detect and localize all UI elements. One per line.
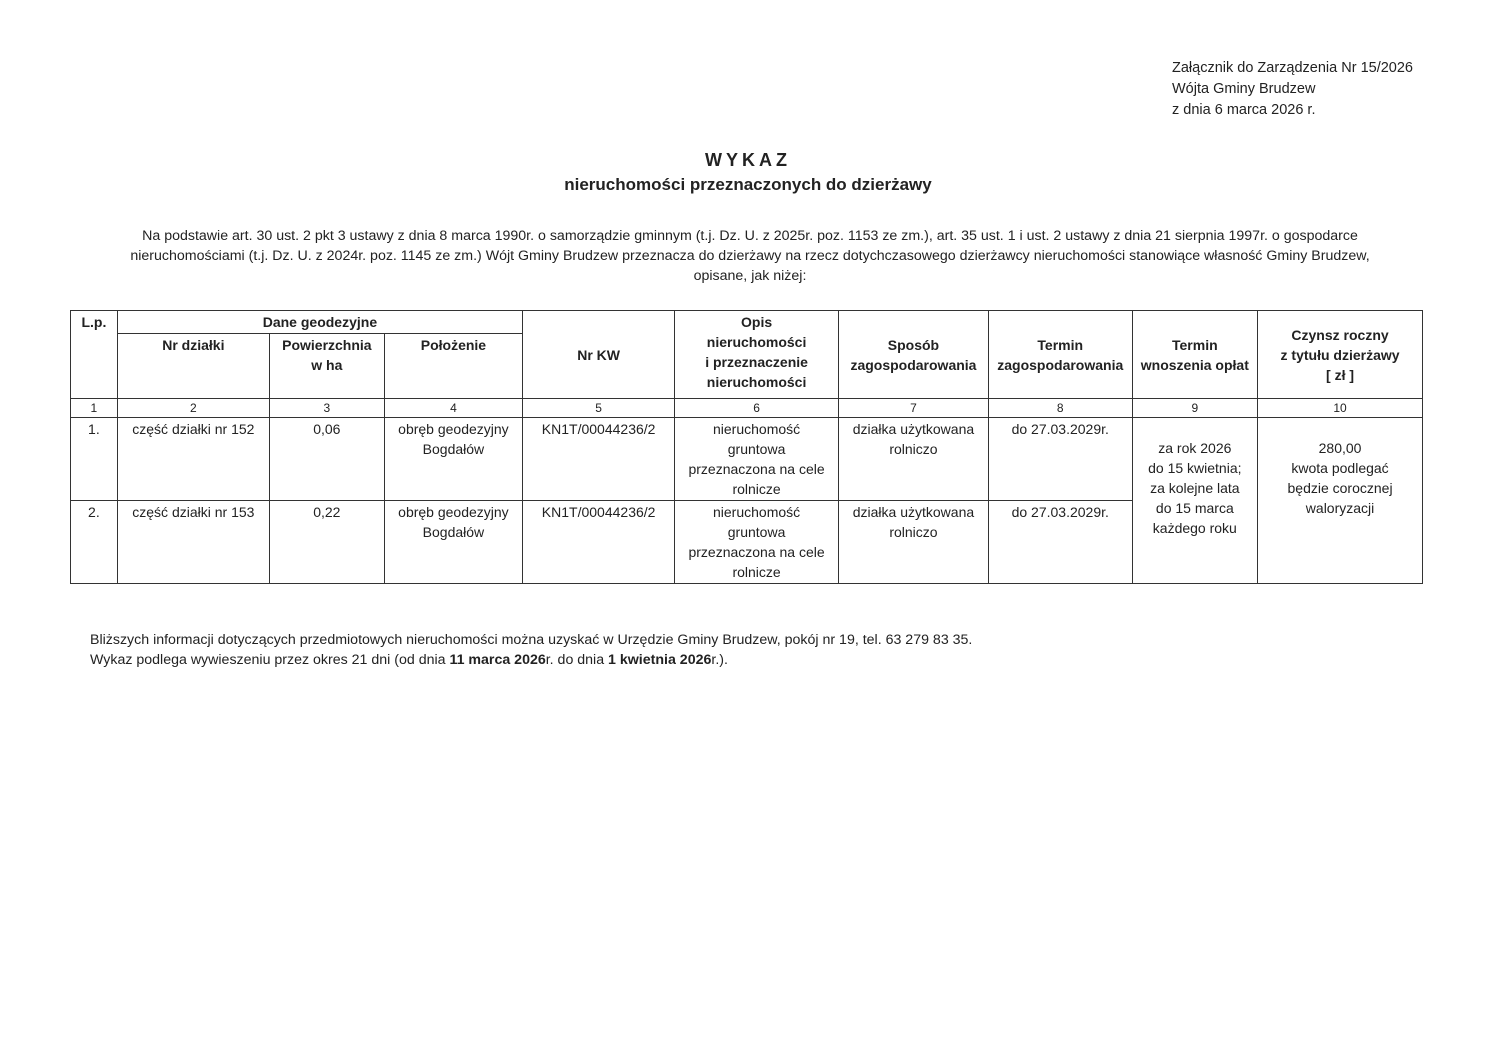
cell-line: Bogdałów [389,522,518,542]
cell-line: waloryzacji [1262,498,1418,518]
column-number: 1 [71,399,118,418]
column-number: 10 [1258,399,1423,418]
header-czynsz: Czynsz roczny z tytułu dzierżawy [ zł ] [1258,311,1423,399]
header-nr-dzialki: Nr działki [117,334,269,399]
intro-line: Na podstawie art. 30 ust. 2 pkt 3 ustawy… [100,226,1400,246]
cell-line: działka użytkowana [843,502,984,522]
cell-nr-dzialki: część działki nr 152 [117,418,269,501]
column-number: 3 [269,399,384,418]
cell-line: rolniczo [843,439,984,459]
header-line: nieruchomości [679,372,834,392]
cell-czynsz: 280,00 kwota podlegać będzie corocznej w… [1258,418,1423,584]
legal-basis-paragraph: Na podstawie art. 30 ust. 2 pkt 3 ustawy… [100,226,1400,286]
cell-line: obręb geodezyjny [389,419,518,439]
column-number: 7 [838,399,988,418]
header-group-geodetic: Dane geodezyjne [117,311,522,334]
header-line: Termin [993,335,1128,355]
cell-nr-kw: KN1T/00044236/2 [523,418,675,501]
annex-header: Załącznik do Zarządzenia Nr 15/2026 Wójt… [1172,58,1413,121]
document-subtitle: nieruchomości przeznaczonych do dzierżaw… [0,175,1496,195]
header-termin-oplat: Termin wnoszenia opłat [1132,311,1258,399]
header-polozenie: Położenie [384,334,522,399]
cell-lp: 1. [71,418,118,501]
document-title: WYKAZ [0,150,1496,171]
note-text: Wykaz podlega wywieszeniu przez okres 21… [90,652,449,668]
column-number: 4 [384,399,522,418]
cell-termin-zagospodarowania: do 27.03.2029r. [988,418,1132,501]
cell-powierzchnia: 0,22 [269,501,384,584]
cell-lp: 2. [71,501,118,584]
cell-line: nieruchomość [679,502,834,522]
cell-opis: nieruchomość gruntowa przeznaczona na ce… [675,418,839,501]
cell-termin-oplat: za rok 2026 do 15 kwietnia; za kolejne l… [1132,418,1258,584]
cell-polozenie: obręb geodezyjny Bogdałów [384,418,522,501]
column-number-row: 1 2 3 4 5 6 7 8 9 10 [71,399,1423,418]
date-from: 11 marca 2026 [449,652,545,668]
table-row: 1. część działki nr 152 0,06 obręb geode… [71,418,1423,501]
header-line: z tytułu dzierżawy [1262,345,1418,365]
cell-line: za kolejne lata [1137,478,1254,498]
annex-line-authority: Wójta Gminy Brudzew [1172,79,1413,100]
annex-line-date: z dnia 6 marca 2026 r. [1172,100,1413,121]
intro-line: nieruchomościami (t.j. Dz. U. z 2024r. p… [100,246,1400,266]
cell-line: przeznaczona na cele [679,542,834,562]
cell-line: obręb geodezyjny [389,502,518,522]
cell-nr-dzialki: część działki nr 153 [117,501,269,584]
notes-section: Bliższych informacji dotyczących przedmi… [90,630,972,670]
header-opis: Opis nieruchomości i przeznaczenie nieru… [675,311,839,399]
header-lp: L.p. [71,311,118,399]
note-text: r.). [711,652,728,668]
contact-note: Bliższych informacji dotyczących przedmi… [90,630,972,650]
cell-line: rolniczo [843,522,984,542]
cell-nr-kw: KN1T/00044236/2 [523,501,675,584]
header-termin-zagospodarowania: Termin zagospodarowania [988,311,1132,399]
cell-line: kwota podlegać [1262,458,1418,478]
cell-line: do 15 marca [1137,498,1254,518]
annex-line-regulation: Załącznik do Zarządzenia Nr 15/2026 [1172,58,1413,79]
cell-line: przeznaczona na cele [679,459,834,479]
column-number: 5 [523,399,675,418]
header-line: i przeznaczenie [679,352,834,372]
header-line: Termin [1137,335,1254,355]
date-to: 1 kwietnia 2026 [608,652,711,668]
header-line: wnoszenia opłat [1137,355,1254,375]
note-text: r. do dnia [546,652,608,668]
header-line: [ zł ] [1262,365,1418,385]
header-line: Powierzchnia [274,335,380,355]
cell-line: rolnicze [679,479,834,499]
cell-line: za rok 2026 [1137,438,1254,458]
column-number: 8 [988,399,1132,418]
cell-polozenie: obręb geodezyjny Bogdałów [384,501,522,584]
header-nr-kw: Nr KW [523,311,675,399]
intro-line: opisane, jak niżej: [100,266,1400,286]
cell-line: 280,00 [1262,438,1418,458]
cell-termin-zagospodarowania: do 27.03.2029r. [988,501,1132,584]
cell-line: gruntowa [679,439,834,459]
header-line: Sposób [843,335,984,355]
cell-line: rolnicze [679,562,834,582]
header-line: Opis [679,312,834,332]
cell-line: nieruchomość [679,419,834,439]
cell-line: Bogdałów [389,439,518,459]
column-number: 2 [117,399,269,418]
cell-line: do 15 kwietnia; [1137,458,1254,478]
cell-sposob: działka użytkowana rolniczo [838,418,988,501]
header-nr-kw-label: Nr KW [577,347,620,363]
header-line: w ha [274,355,380,375]
posting-period-note: Wykaz podlega wywieszeniu przez okres 21… [90,650,972,670]
cell-line: gruntowa [679,522,834,542]
header-line: zagospodarowania [843,355,984,375]
cell-powierzchnia: 0,06 [269,418,384,501]
header-line: nieruchomości [679,332,834,352]
cell-sposob: działka użytkowana rolniczo [838,501,988,584]
cell-line: będzie corocznej [1262,478,1418,498]
header-line: Czynsz roczny [1262,325,1418,345]
property-list-table: L.p. Dane geodezyjne Nr KW Opis nierucho… [70,310,1423,584]
cell-opis: nieruchomość gruntowa przeznaczona na ce… [675,501,839,584]
header-line: zagospodarowania [993,355,1128,375]
header-sposob: Sposób zagospodarowania [838,311,988,399]
header-powierzchnia: Powierzchnia w ha [269,334,384,399]
column-number: 6 [675,399,839,418]
cell-line: działka użytkowana [843,419,984,439]
column-number: 9 [1132,399,1258,418]
cell-line: każdego roku [1137,518,1254,538]
